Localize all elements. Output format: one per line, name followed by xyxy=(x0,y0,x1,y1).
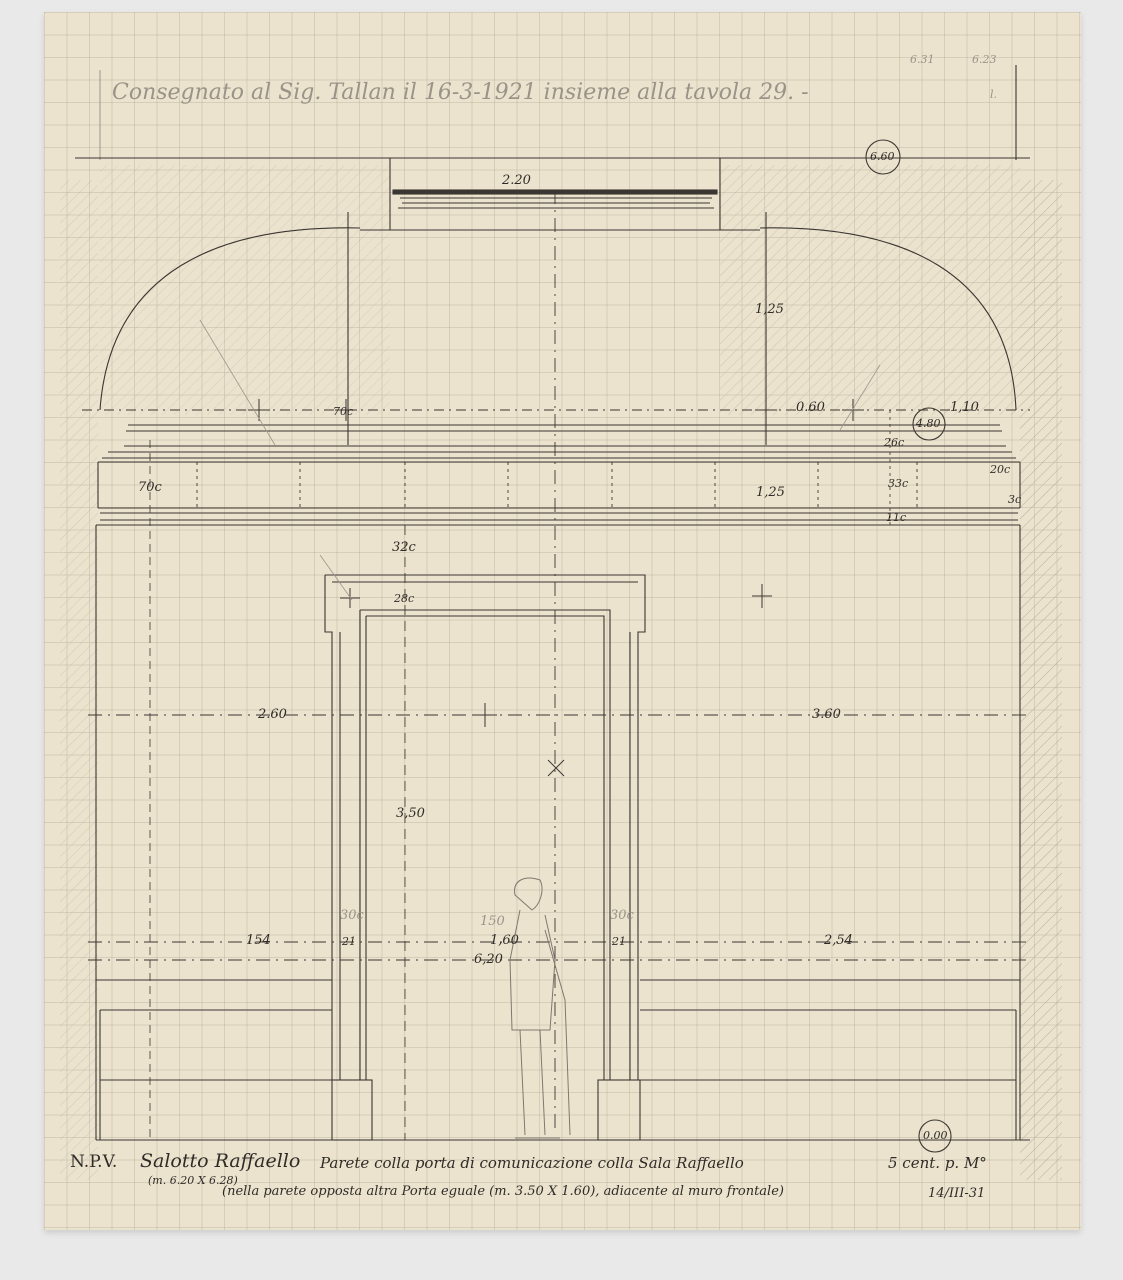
dim-door-width-pencil: 150 xyxy=(480,914,505,929)
dim-lantern-width: 2.20 xyxy=(502,173,531,188)
dim-total-width: 6,20 xyxy=(474,952,503,967)
caption-code: N.P.V. xyxy=(70,1152,117,1172)
corner-mark: l. xyxy=(990,88,997,101)
dim-cornice-small: 3c xyxy=(1008,493,1021,506)
dim-right-axis: 3.60 xyxy=(812,707,841,722)
caption-scale: 5 cent. p. M° xyxy=(888,1154,987,1172)
corner-number: 6.31 xyxy=(910,53,935,66)
dim-left-offset: 70c xyxy=(333,405,353,418)
dim-cornice-upper: 26c xyxy=(884,436,904,449)
wall-hatch-right xyxy=(1020,180,1062,1180)
caption-note: (nella parete opposta altra Porta eguale… xyxy=(222,1184,784,1199)
dim-above-door: 32c xyxy=(392,540,416,555)
dim-door-frame-top: 28c xyxy=(394,592,414,605)
dim-jamb-left: 21 xyxy=(342,935,356,948)
corner-number: 6.23 xyxy=(972,53,997,66)
dim-jamb-pencil-right: 30c xyxy=(610,908,634,923)
dim-jamb-pencil-left: 30c xyxy=(340,908,364,923)
architectural-elevation xyxy=(0,0,1123,1280)
dim-vault-offset-right: 0.60 xyxy=(796,400,825,415)
dim-right-wall: 2,54 xyxy=(824,933,853,948)
dim-jamb-right: 21 xyxy=(612,935,626,948)
dim-door-height: 3,50 xyxy=(396,806,425,821)
dim-left-axis: 2.60 xyxy=(258,707,287,722)
dim-cornice-mid: 33c xyxy=(888,477,908,490)
dim-cornice-lower: 11c xyxy=(886,511,906,524)
level-floor-label: 0.00 xyxy=(923,1129,948,1142)
dim-vault-right-span: 1,10 xyxy=(950,400,979,415)
level-top-label: 6.60 xyxy=(870,150,895,163)
caption-date: 14/III-31 xyxy=(928,1186,985,1201)
dim-cornice-projection: 20c xyxy=(990,463,1010,476)
dim-door-width: 1,60 xyxy=(490,933,519,948)
dim-frieze-left: 70c xyxy=(138,480,162,495)
dim-vault-height: 1,25 xyxy=(755,302,784,317)
caption-room: Salotto Raffaello xyxy=(140,1150,300,1172)
level-cornice-label: 4.80 xyxy=(916,417,941,430)
dim-frieze-height: 1,25 xyxy=(756,485,785,500)
human-scale-figure xyxy=(510,878,570,1138)
header-note: Consegnato al Sig. Tallan il 16-3-1921 i… xyxy=(112,80,809,105)
dim-left-wall: 154 xyxy=(246,933,271,948)
caption-description: Parete colla porta di comunicazione coll… xyxy=(320,1154,744,1172)
